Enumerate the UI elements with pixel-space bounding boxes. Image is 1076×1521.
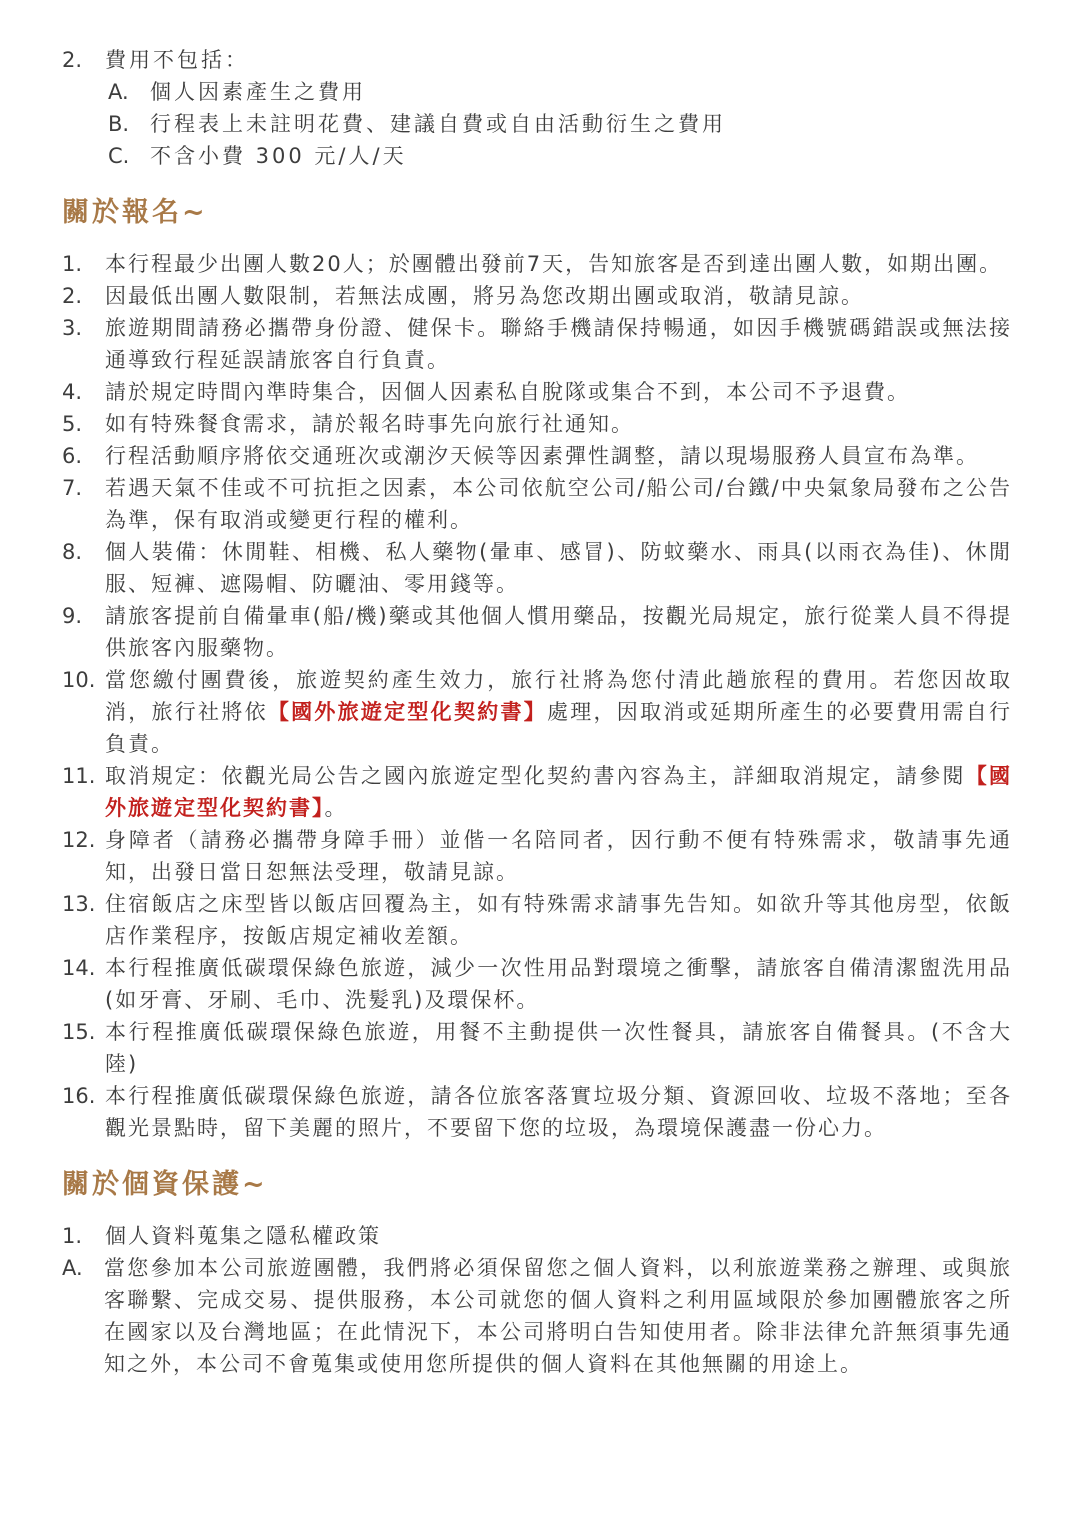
text-segment: 本行程推廣低碳環保綠色旅遊，用餐不主動提供一次性餐具，請旅客自備餐具。(不含大陸… xyxy=(105,1020,1012,1076)
sub-item-text: 不含小費 300 元/人/天 xyxy=(150,140,1012,172)
item-number: 6. xyxy=(62,440,105,472)
item-text: 本行程最少出團人數20人；於團體出發前7天，告知旅客是否到達出團人數，如期出團。 xyxy=(105,248,1012,280)
text-segment: 取消規定：依觀光局公告之國內旅遊定型化契約書內容為主，詳細取消規定，請參閱 xyxy=(105,764,966,788)
text-segment: 請於規定時間內準時集合，因個人因素私自脫隊或集合不到，本公司不予退費。 xyxy=(105,380,910,404)
fees-sub-list: A. 個人因素產生之費用 B. 行程表上未註明花費、建議自費或自由活動衍生之費用… xyxy=(62,76,1012,172)
item-text: 本行程推廣低碳環保綠色旅遊，請各位旅客落實垃圾分類、資源回收、垃圾不落地；至各觀… xyxy=(105,1080,1012,1144)
contract-name-highlight: 【國外旅遊定型化契約書】 xyxy=(268,700,547,724)
fees-title-row: 2. 費用不包括： xyxy=(62,44,1012,76)
text-segment: 個人裝備：休閒鞋、相機、私人藥物(暈車、感冒)、防蚊藥水、雨具(以雨衣為佳)、休… xyxy=(105,540,1012,596)
item-number: 4. xyxy=(62,376,105,408)
privacy-item: 1. 個人資料蒐集之隱私權政策 xyxy=(62,1220,1012,1252)
fees-section: 2. 費用不包括： A. 個人因素產生之費用 B. 行程表上未註明花費、建議自費… xyxy=(62,44,1012,172)
fees-sub-item: A. 個人因素產生之費用 xyxy=(108,76,1012,108)
item-text: 因最低出團人數限制，若無法成團，將另為您改期出團或取消，敬請見諒。 xyxy=(105,280,1012,312)
fees-item-title: 費用不包括： xyxy=(105,44,1012,76)
item-text: 個人裝備：休閒鞋、相機、私人藥物(暈車、感冒)、防蚊藥水、雨具(以雨衣為佳)、休… xyxy=(105,536,1012,600)
privacy-list: 1. 個人資料蒐集之隱私權政策 A. 當您參加本公司旅遊團體，我們將必須保留您之… xyxy=(62,1220,1012,1380)
text-segment: 行程活動順序將依交通班次或潮汐天候等因素彈性調整，請以現場服務人員宣布為準。 xyxy=(105,444,979,468)
registration-list: 1. 本行程最少出團人數20人；於團體出發前7天，告知旅客是否到達出團人數，如期… xyxy=(62,248,1012,1144)
list-item: 13. 住宿飯店之床型皆以飯店回覆為主，如有特殊需求請事先告知。如欲升等其他房型… xyxy=(62,888,1012,952)
text-segment: 如有特殊餐食需求，請於報名時事先向旅行社通知。 xyxy=(105,412,634,436)
list-item: 14. 本行程推廣低碳環保綠色旅遊，減少一次性用品對環境之衝擊，請旅客自備清潔盥… xyxy=(62,952,1012,1016)
sub-item-label: C. xyxy=(108,140,150,172)
text-segment: 旅遊期間請務必攜帶身份證、健保卡。聯絡手機請保持暢通，如因手機號碼錯誤或無法接通… xyxy=(105,316,1012,372)
list-item: 6. 行程活動順序將依交通班次或潮汐天候等因素彈性調整，請以現場服務人員宣布為準… xyxy=(62,440,1012,472)
fees-item-number: 2. xyxy=(62,44,105,76)
item-number: 12. xyxy=(62,824,105,856)
list-item: 5. 如有特殊餐食需求，請於報名時事先向旅行社通知。 xyxy=(62,408,1012,440)
list-item: 12. 身障者（請務必攜帶身障手冊）並偕一名陪同者，因行動不便有特殊需求，敬請事… xyxy=(62,824,1012,888)
registration-heading: 關於報名~ xyxy=(62,196,1012,230)
text-segment: 請旅客提前自備暈車(船/機)藥或其他個人慣用藥品，按觀光局規定，旅行從業人員不得… xyxy=(105,604,1012,660)
text-segment: 身障者（請務必攜帶身障手冊）並偕一名陪同者，因行動不便有特殊需求，敬請事先通知，… xyxy=(105,828,1012,884)
fees-sub-item: C. 不含小費 300 元/人/天 xyxy=(108,140,1012,172)
privacy-sub-item: A. 當您參加本公司旅遊團體，我們將必須保留您之個人資料，以利旅遊業務之辦理、或… xyxy=(62,1252,1012,1380)
privacy-item-title: 個人資料蒐集之隱私權政策 xyxy=(105,1220,1012,1252)
item-number: 16. xyxy=(62,1080,105,1112)
list-item: 2. 因最低出團人數限制，若無法成團，將另為您改期出團或取消，敬請見諒。 xyxy=(62,280,1012,312)
item-text: 請於規定時間內準時集合，因個人因素私自脫隊或集合不到，本公司不予退費。 xyxy=(105,376,1012,408)
item-number: 2. xyxy=(62,280,105,312)
item-number: 1. xyxy=(62,1220,105,1252)
privacy-sub-text: 當您參加本公司旅遊團體，我們將必須保留您之個人資料，以利旅遊業務之辦理、或與旅客… xyxy=(104,1252,1012,1380)
privacy-heading: 關於個資保護~ xyxy=(62,1168,1012,1202)
item-number: 5. xyxy=(62,408,105,440)
text-segment: 本行程最少出團人數20人；於團體出發前7天，告知旅客是否到達出團人數，如期出團。 xyxy=(105,252,1002,276)
list-item: 11. 取消規定：依觀光局公告之國內旅遊定型化契約書內容為主，詳細取消規定，請參… xyxy=(62,760,1012,824)
item-text: 如有特殊餐食需求，請於報名時事先向旅行社通知。 xyxy=(105,408,1012,440)
sub-item-label: A. xyxy=(108,76,150,108)
list-item: 10. 當您繳付團費後，旅遊契約產生效力，旅行社將為您付清此趟旅程的費用。若您因… xyxy=(62,664,1012,760)
item-text: 取消規定：依觀光局公告之國內旅遊定型化契約書內容為主，詳細取消規定，請參閱【國外… xyxy=(105,760,1012,824)
text-segment: 本行程推廣低碳環保綠色旅遊，減少一次性用品對環境之衝擊，請旅客自備清潔盥洗用品(… xyxy=(105,956,1012,1012)
item-text: 若遇天氣不佳或不可抗拒之因素，本公司依航空公司/船公司/台鐵/中央氣象局發布之公… xyxy=(105,472,1012,536)
item-text: 本行程推廣低碳環保綠色旅遊，減少一次性用品對環境之衝擊，請旅客自備清潔盥洗用品(… xyxy=(105,952,1012,1016)
item-text: 當您繳付團費後，旅遊契約產生效力，旅行社將為您付清此趟旅程的費用。若您因故取消，… xyxy=(105,664,1012,760)
sub-item-text: 行程表上未註明花費、建議自費或自由活動衍生之費用 xyxy=(150,108,1012,140)
sub-item-label: A. xyxy=(62,1252,104,1284)
list-item: 15. 本行程推廣低碳環保綠色旅遊，用餐不主動提供一次性餐具，請旅客自備餐具。(… xyxy=(62,1016,1012,1080)
list-item: 1. 本行程最少出團人數20人；於團體出發前7天，告知旅客是否到達出團人數，如期… xyxy=(62,248,1012,280)
item-number: 1. xyxy=(62,248,105,280)
item-text: 身障者（請務必攜帶身障手冊）並偕一名陪同者，因行動不便有特殊需求，敬請事先通知，… xyxy=(105,824,1012,888)
item-number: 7. xyxy=(62,472,105,504)
sub-item-label: B. xyxy=(108,108,150,140)
item-text: 請旅客提前自備暈車(船/機)藥或其他個人慣用藥品，按觀光局規定，旅行從業人員不得… xyxy=(105,600,1012,664)
text-segment: 若遇天氣不佳或不可抗拒之因素，本公司依航空公司/船公司/台鐵/中央氣象局發布之公… xyxy=(105,476,1012,532)
text-segment: 住宿飯店之床型皆以飯店回覆為主，如有特殊需求請事先告知。如欲升等其他房型，依飯店… xyxy=(105,892,1012,948)
list-item: 9. 請旅客提前自備暈車(船/機)藥或其他個人慣用藥品，按觀光局規定，旅行從業人… xyxy=(62,600,1012,664)
text-segment: 本行程推廣低碳環保綠色旅遊，請各位旅客落實垃圾分類、資源回收、垃圾不落地；至各觀… xyxy=(105,1084,1012,1140)
item-number: 3. xyxy=(62,312,105,344)
fees-sub-item: B. 行程表上未註明花費、建議自費或自由活動衍生之費用 xyxy=(108,108,1012,140)
item-number: 9. xyxy=(62,600,105,632)
item-text: 住宿飯店之床型皆以飯店回覆為主，如有特殊需求請事先告知。如欲升等其他房型，依飯店… xyxy=(105,888,1012,952)
list-item: 4. 請於規定時間內準時集合，因個人因素私自脫隊或集合不到，本公司不予退費。 xyxy=(62,376,1012,408)
item-number: 15. xyxy=(62,1016,105,1048)
list-item: 7. 若遇天氣不佳或不可抗拒之因素，本公司依航空公司/船公司/台鐵/中央氣象局發… xyxy=(62,472,1012,536)
list-item: 16. 本行程推廣低碳環保綠色旅遊，請各位旅客落實垃圾分類、資源回收、垃圾不落地… xyxy=(62,1080,1012,1144)
item-text: 行程活動順序將依交通班次或潮汐天候等因素彈性調整，請以現場服務人員宣布為準。 xyxy=(105,440,1012,472)
list-item: 3. 旅遊期間請務必攜帶身份證、健保卡。聯絡手機請保持暢通，如因手機號碼錯誤或無… xyxy=(62,312,1012,376)
item-number: 10. xyxy=(62,664,105,696)
document-page: 2. 費用不包括： A. 個人因素產生之費用 B. 行程表上未註明花費、建議自費… xyxy=(0,0,1076,1521)
text-segment: 。 xyxy=(325,796,348,820)
item-number: 11. xyxy=(62,760,105,792)
item-number: 13. xyxy=(62,888,105,920)
text-segment: 因最低出團人數限制，若無法成團，將另為您改期出團或取消，敬請見諒。 xyxy=(105,284,864,308)
item-text: 本行程推廣低碳環保綠色旅遊，用餐不主動提供一次性餐具，請旅客自備餐具。(不含大陸… xyxy=(105,1016,1012,1080)
item-text: 旅遊期間請務必攜帶身份證、健保卡。聯絡手機請保持暢通，如因手機號碼錯誤或無法接通… xyxy=(105,312,1012,376)
item-number: 8. xyxy=(62,536,105,568)
list-item: 8. 個人裝備：休閒鞋、相機、私人藥物(暈車、感冒)、防蚊藥水、雨具(以雨衣為佳… xyxy=(62,536,1012,600)
sub-item-text: 個人因素產生之費用 xyxy=(150,76,1012,108)
item-number: 14. xyxy=(62,952,105,984)
